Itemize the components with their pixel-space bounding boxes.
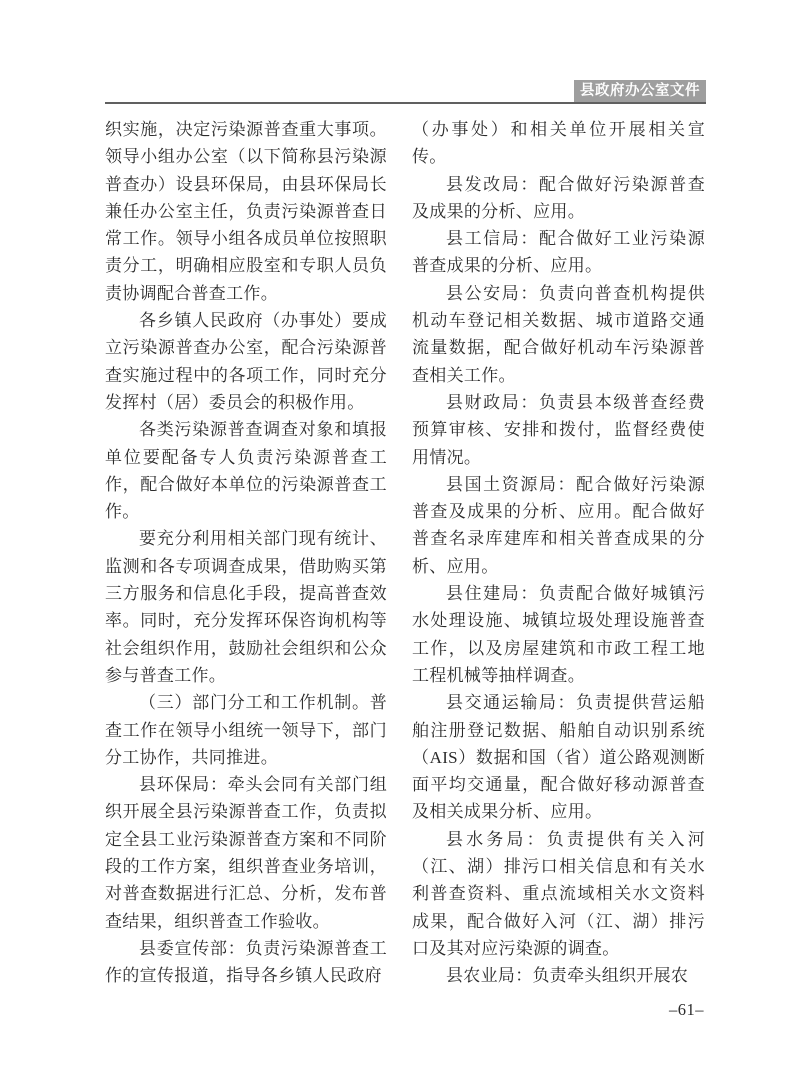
- paragraph: 县公安局：负责向普查机构提供机动车登记相关数据、城市道路交通流量数据，配合做好机…: [412, 280, 705, 389]
- paragraph: 各乡镇人民政府（办事处）要成立污染源普查办公室，配合污染源普查实施过程中的各项工…: [105, 307, 387, 416]
- document-page: 县政府办公室文件 织实施，决定污染源普查重大事项。领导小组办公室（以下简称县污染…: [0, 0, 793, 1077]
- paragraph: 县委宣传部：负责污染源普查工作的宣传报道，指导各乡镇人民政府: [105, 935, 387, 990]
- left-text-column: 织实施，决定污染源普查重大事项。领导小组办公室（以下简称县污染源普查办）设县环保…: [105, 116, 387, 990]
- paragraph: 县水务局：负责提供有关入河（江、湖）排污口相关信息和有关水利普查资料、重点流域相…: [412, 826, 705, 962]
- right-text-column: （办事处）和相关单位开展相关宣传。 县发改局：配合做好污染源普查及成果的分析、应…: [412, 116, 705, 990]
- paragraph: （三）部门分工和工作机制。普查工作在领导小组统一领导下，部门分工协作，共同推进。: [105, 689, 387, 771]
- paragraph: 县农业局：负责牵头组织开展农: [412, 962, 705, 989]
- paragraph: 县住建局：负责配合做好城镇污水处理设施、城镇垃圾处理设施普查工作，以及房屋建筑和…: [412, 580, 705, 689]
- page-number: –61–: [669, 1000, 704, 1020]
- paragraph: 县环保局：牵头会同有关部门组织开展全县污染源普查工作，负责拟定全县工业污染源普查…: [105, 771, 387, 935]
- paragraph: 县财政局：负责县本级普查经费预算审核、安排和拨付，监督经费使用情况。: [412, 389, 705, 471]
- paragraph: （办事处）和相关单位开展相关宣传。: [412, 116, 705, 171]
- paragraph: 县发改局：配合做好污染源普查及成果的分析、应用。: [412, 171, 705, 226]
- doc-type-badge: 县政府办公室文件: [574, 80, 706, 102]
- paragraph: 县交通运输局：负责提供营运船舶注册登记数据、船舶自动识别系统（AIS）数据和国（…: [412, 689, 705, 825]
- paragraph: 要充分利用相关部门现有统计、监测和各专项调查成果，借助购买第三方服务和信息化手段…: [105, 525, 387, 689]
- paragraph: 各类污染源普查调查对象和填报单位要配备专人负责污染源普查工作，配合做好本单位的污…: [105, 416, 387, 525]
- paragraph: 织实施，决定污染源普查重大事项。领导小组办公室（以下简称县污染源普查办）设县环保…: [105, 116, 387, 307]
- header-divider: [105, 102, 706, 104]
- paragraph: 县国土资源局：配合做好污染源普查及成果的分析、应用。配合做好普查名录库建库和相关…: [412, 471, 705, 580]
- paragraph: 县工信局：配合做好工业污染源普查成果的分析、应用。: [412, 225, 705, 280]
